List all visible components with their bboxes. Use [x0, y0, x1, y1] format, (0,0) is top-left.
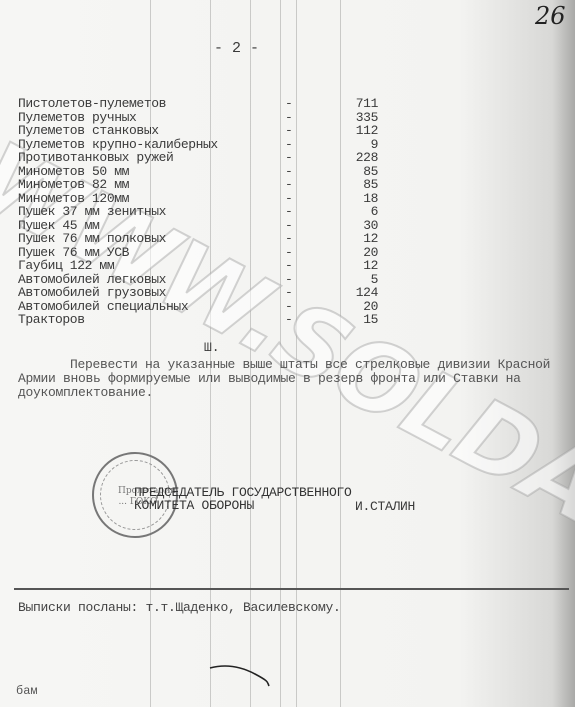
- list-item: Пулеметов крупно-калиберных-9: [18, 138, 378, 152]
- list-item: Гаубиц 122 мм-12: [18, 259, 378, 273]
- item-value: 9: [318, 138, 378, 152]
- list-item: Автомобилей специальных-20: [18, 300, 378, 314]
- item-value: 20: [318, 246, 378, 260]
- item-label: Пулеметов ручных: [18, 111, 136, 125]
- section-number: Ш.: [204, 340, 220, 355]
- item-value: 18: [318, 192, 378, 206]
- list-item: Пистолетов-пулеметов-711: [18, 97, 378, 111]
- item-dash: -: [285, 97, 292, 111]
- item-value: 6: [318, 205, 378, 219]
- item-value: 30: [318, 219, 378, 233]
- item-dash: -: [285, 205, 292, 219]
- item-label: Пушек 76 мм полковых: [18, 232, 166, 246]
- item-value: 85: [318, 165, 378, 179]
- item-label: Тракторов: [18, 313, 85, 327]
- item-label: Автомобилей легковых: [18, 273, 166, 287]
- document-page: WWW.SOLDAT.ru 26 - 2 - Пистолетов-пулеме…: [0, 0, 575, 707]
- distribution-note: Выписки посланы: т.т.Щаденко, Василевско…: [18, 600, 341, 615]
- item-dash: -: [285, 232, 292, 246]
- list-item: Минометов 50 мм-85: [18, 165, 378, 179]
- item-label: Автомобилей грузовых: [18, 286, 166, 300]
- item-dash: -: [285, 178, 292, 192]
- item-label: Противотанковых ружей: [18, 151, 173, 165]
- section-paragraph: Перевести на указанные выше штаты все ст…: [18, 358, 563, 400]
- handwritten-mark-icon: [205, 660, 275, 690]
- item-dash: -: [285, 313, 292, 327]
- item-label: Пулеметов станковых: [18, 124, 159, 138]
- item-dash: -: [285, 124, 292, 138]
- list-item: Противотанковых ружей-228: [18, 151, 378, 165]
- list-item: Пушек 76 мм полковых-12: [18, 232, 378, 246]
- item-label: Пистолетов-пулеметов: [18, 97, 166, 111]
- page-number: - 2 -: [214, 40, 259, 57]
- item-dash: -: [285, 165, 292, 179]
- item-value: 5: [318, 273, 378, 287]
- signature-title-line2: КОМИТЕТА ОБОРОНЫ: [134, 498, 254, 513]
- list-item: Пулеметов станковых-112: [18, 124, 378, 138]
- item-label: Пушек 76 мм УСВ: [18, 246, 129, 260]
- item-value: 228: [318, 151, 378, 165]
- item-label: Минометов 82 мм: [18, 178, 129, 192]
- list-item: Пулеметов ручных-335: [18, 111, 378, 125]
- item-label: Минометов 50 мм: [18, 165, 129, 179]
- item-dash: -: [285, 286, 292, 300]
- item-dash: -: [285, 111, 292, 125]
- item-value: 112: [318, 124, 378, 138]
- item-dash: -: [285, 273, 292, 287]
- list-item: Автомобилей грузовых-124: [18, 286, 378, 300]
- item-dash: -: [285, 246, 292, 260]
- list-item: Минометов 120мм-18: [18, 192, 378, 206]
- item-label: Пулеметов крупно-калиберных: [18, 138, 218, 152]
- item-value: 15: [318, 313, 378, 327]
- item-dash: -: [285, 219, 292, 233]
- item-value: 711: [318, 97, 378, 111]
- list-item: Пушек 76 мм УСВ-20: [18, 246, 378, 260]
- equipment-list: Пистолетов-пулеметов-711Пулеметов ручных…: [18, 97, 378, 327]
- item-dash: -: [285, 192, 292, 206]
- item-value: 124: [318, 286, 378, 300]
- archive-number: 26: [535, 2, 566, 30]
- item-dash: -: [285, 300, 292, 314]
- list-item: Тракторов-15: [18, 313, 378, 327]
- item-dash: -: [285, 138, 292, 152]
- item-value: 20: [318, 300, 378, 314]
- list-item: Пушек 37 мм зенитных-6: [18, 205, 378, 219]
- typist-initials: бам: [16, 684, 38, 698]
- signer-name: И.СТАЛИН: [355, 499, 415, 514]
- item-label: Минометов 120мм: [18, 192, 129, 206]
- item-value: 85: [318, 178, 378, 192]
- list-item: Пушек 45 мм-30: [18, 219, 378, 233]
- item-label: Пушек 45 мм: [18, 219, 99, 233]
- list-item: Минометов 82 мм-85: [18, 178, 378, 192]
- item-value: 12: [318, 232, 378, 246]
- item-label: Пушек 37 мм зенитных: [18, 205, 166, 219]
- signature-title: ПРЕДСЕДАТЕЛЬ ГОСУДАРСТВЕННОГОКОМИТЕТА ОБ…: [134, 486, 352, 512]
- item-label: Автомобилей специальных: [18, 300, 188, 314]
- item-label: Гаубиц 122 мм: [18, 259, 114, 273]
- item-dash: -: [285, 259, 292, 273]
- paragraph-text: Перевести на указанные выше штаты все ст…: [18, 357, 550, 400]
- list-item: Автомобилей легковых-5: [18, 273, 378, 287]
- item-value: 335: [318, 111, 378, 125]
- item-dash: -: [285, 151, 292, 165]
- divider-rule: [14, 588, 569, 590]
- item-value: 12: [318, 259, 378, 273]
